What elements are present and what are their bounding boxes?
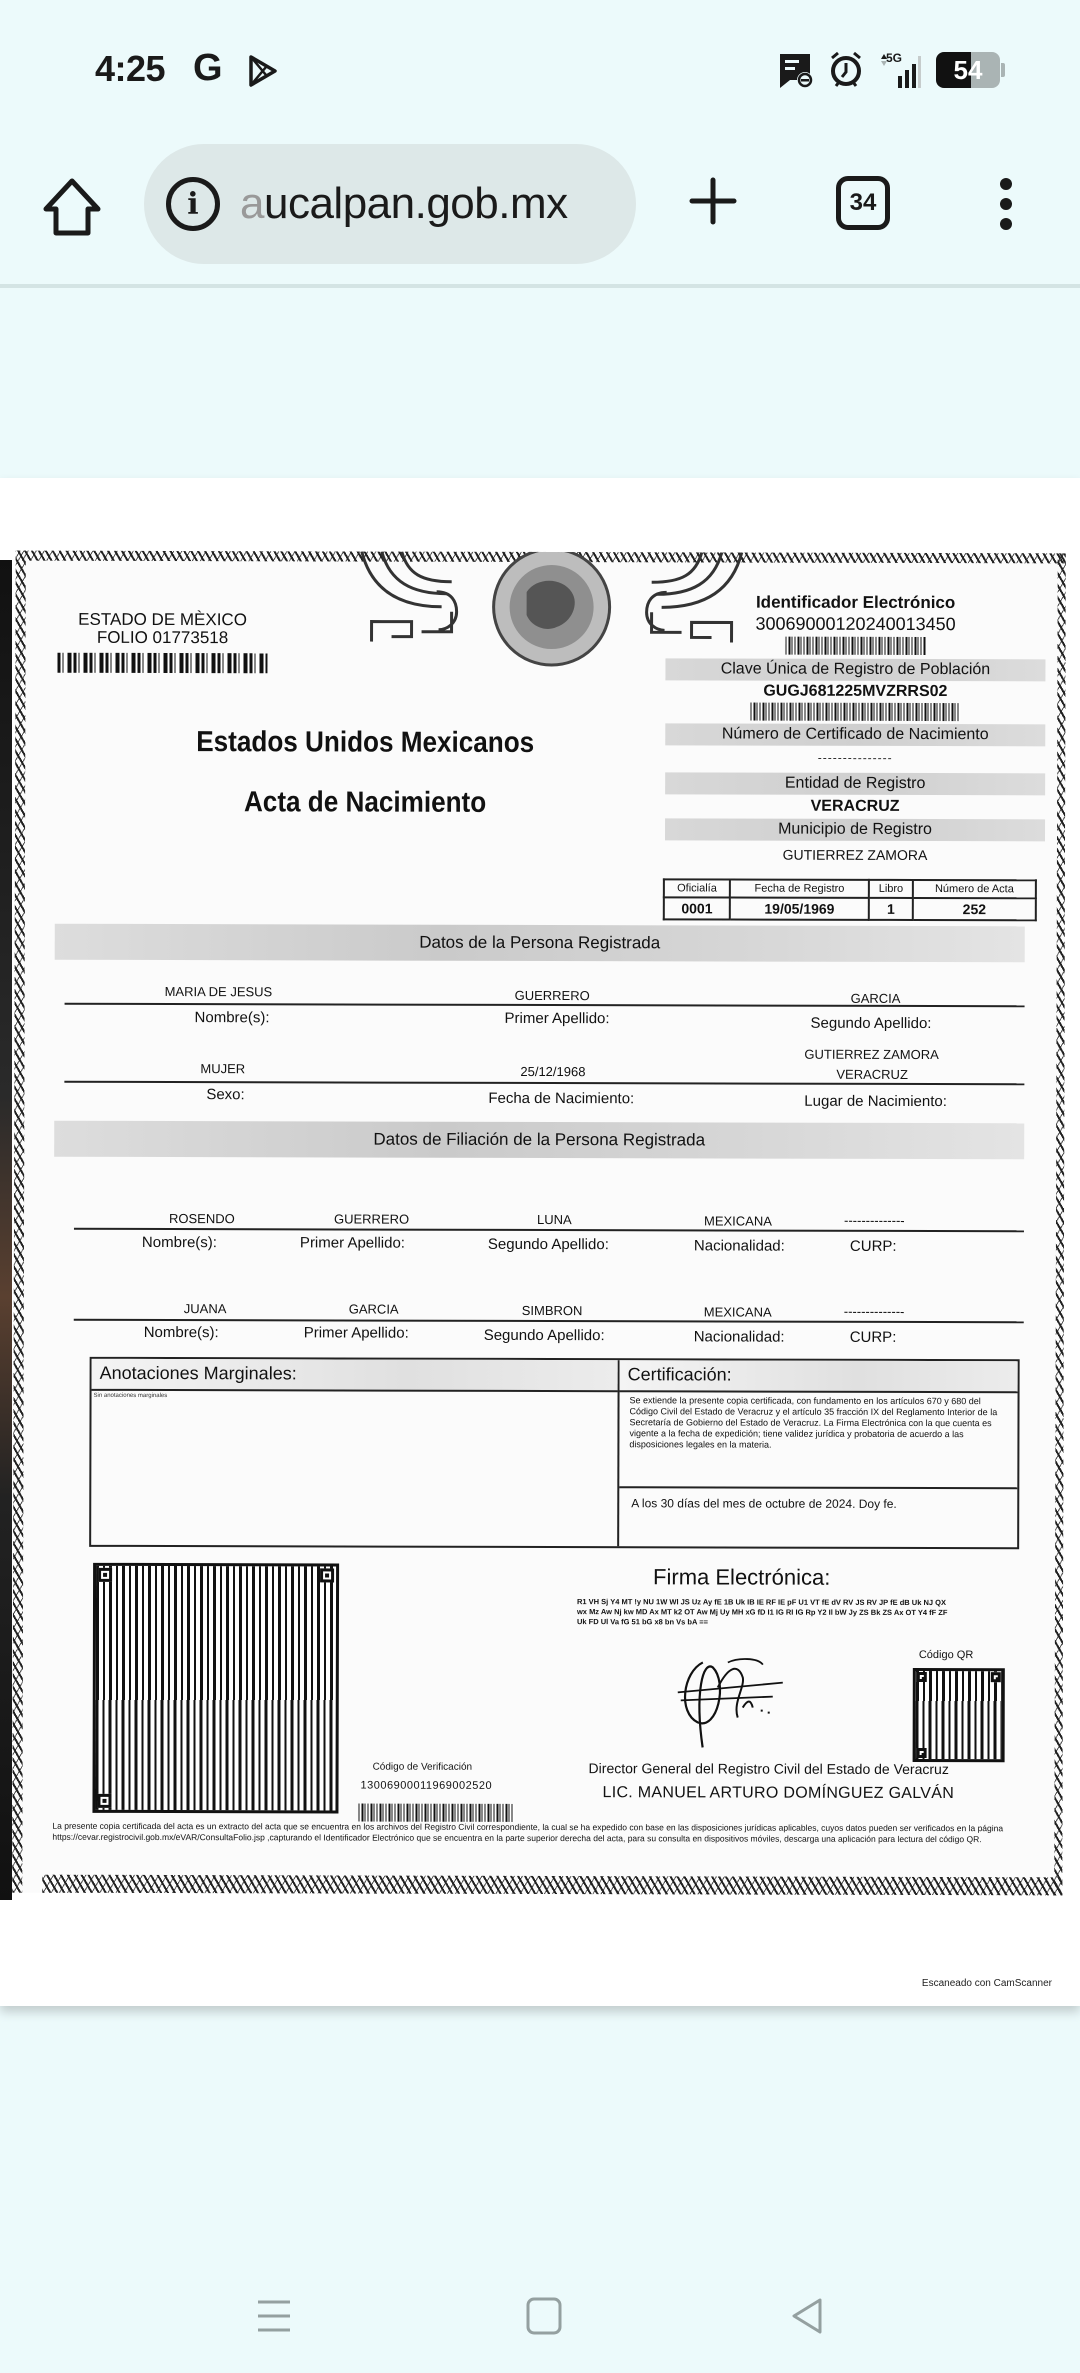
person-primer-apellido: GUERRERO xyxy=(515,988,590,1003)
label-nacionalidad: Nacionalidad: xyxy=(694,1328,785,1345)
electronic-id-label: Identificador Electrónico xyxy=(676,592,1036,613)
person-nombre: MARIA DE JESUS xyxy=(165,984,273,999)
rule xyxy=(74,1228,1024,1232)
registry-table: Oficialía Fecha de Registro Libro Número… xyxy=(663,878,1037,921)
label-primer-apellido: Primer Apellido: xyxy=(505,1010,610,1027)
border-ornament xyxy=(42,1875,1062,1896)
rule xyxy=(74,1319,1024,1323)
verification-qr-code xyxy=(92,1563,339,1814)
label-lugar-nacimiento: Lugar de Nacimiento: xyxy=(804,1093,947,1110)
scanner-watermark: Escaneado con CamScanner xyxy=(922,1978,1052,1989)
annotations-box: Anotaciones Marginales: Sin anotaciones … xyxy=(91,1359,619,1546)
municipality-label: Municipio de Registro xyxy=(665,818,1045,841)
registry-value: 0001 xyxy=(664,897,730,919)
birth-certificate: ESTADO DE MÈXICO FOLIO 01773518 Estados … xyxy=(12,551,1066,1896)
notification-muted-icon xyxy=(778,50,814,90)
label-nombre: Nombre(s): xyxy=(195,1009,270,1026)
electronic-signature-text: R1 VH Sj Y4 MT !y NU 1W Wl JS Uz Ay fE 1… xyxy=(577,1597,957,1628)
entity-label: Entidad de Registro xyxy=(665,772,1045,795)
cert-number: --------------- xyxy=(675,750,1035,765)
qr-label: Código QR xyxy=(919,1649,973,1661)
label-curp: CURP: xyxy=(850,1238,897,1255)
parent1-segundo-apellido: LUNA xyxy=(537,1212,572,1227)
registry-info: Identificador Electrónico 30069000120240… xyxy=(675,592,1036,863)
parent2-segundo-apellido: SIMBRON xyxy=(522,1303,583,1318)
qr-code xyxy=(913,1668,1005,1762)
state-header: ESTADO DE MÈXICO xyxy=(58,611,268,630)
parent1-nombre: ROSENDO xyxy=(169,1211,235,1226)
registry-value: 252 xyxy=(913,898,1036,920)
document-title: Acta de Nacimiento xyxy=(185,786,545,820)
annotations-text: Sin anotaciones marginales xyxy=(92,1391,618,1402)
scan-shadow-edge xyxy=(0,560,12,1900)
registry-header: Libro xyxy=(869,880,913,898)
person-lugar-estado: VERACRUZ xyxy=(836,1067,908,1082)
label-nombre: Nombre(s): xyxy=(144,1324,219,1341)
battery-level: 54 xyxy=(954,55,983,86)
parent1-primer-apellido: GUERRERO xyxy=(334,1211,409,1226)
parent2-primer-apellido: GARCIA xyxy=(349,1302,399,1317)
recent-apps-icon[interactable] xyxy=(254,2296,294,2336)
section-filiation: Datos de Filiación de la Persona Registr… xyxy=(54,1121,1024,1160)
parent2-curp: -------------- xyxy=(844,1304,905,1319)
signal-icon: 5G xyxy=(878,50,922,90)
electronic-signature-label: Firma Electrónica: xyxy=(653,1564,830,1590)
back-icon[interactable] xyxy=(788,2296,828,2336)
battery-icon: 54 xyxy=(936,52,1000,88)
new-tab-icon[interactable] xyxy=(688,176,738,226)
registry-value: 1 xyxy=(869,898,913,920)
site-info-icon[interactable]: i xyxy=(166,177,220,231)
label-primer-apellido: Primer Apellido: xyxy=(300,1234,405,1251)
status-bar: 4:25 G 5G 54 xyxy=(0,0,1080,140)
folio-block: ESTADO DE MÈXICO FOLIO 01773518 xyxy=(57,611,267,674)
electronic-id-barcode xyxy=(785,637,925,655)
verification-code: 13006900011969002520 xyxy=(361,1780,493,1792)
label-nacionalidad: Nacionalidad: xyxy=(694,1237,785,1254)
certification-box: Certificación: Se extiende la presente c… xyxy=(619,1360,1017,1547)
director-title: Director General del Registro Civil del … xyxy=(589,1760,949,1777)
play-store-icon xyxy=(248,55,278,87)
label-fecha-nacimiento: Fecha de Nacimiento: xyxy=(488,1090,634,1107)
annotations-label: Anotaciones Marginales: xyxy=(92,1359,618,1392)
registry-value: 19/05/1969 xyxy=(730,897,869,919)
browser-toolbar: i aucalpan.gob.mx 34 xyxy=(0,140,1080,288)
label-segundo-apellido: Segundo Apellido: xyxy=(811,1015,932,1032)
parent2-nombre: JUANA xyxy=(184,1301,227,1316)
curp-label: Clave Única de Registro de Población xyxy=(665,658,1045,681)
tab-switcher-button[interactable]: 34 xyxy=(836,176,890,230)
svg-text:5G: 5G xyxy=(886,51,902,65)
label-curp: CURP: xyxy=(850,1329,897,1346)
label-nombre: Nombre(s): xyxy=(142,1234,217,1251)
folio-number: FOLIO 01773518 xyxy=(58,629,268,648)
person-fecha-nacimiento: 25/12/1968 xyxy=(520,1064,585,1079)
entity-value: VERACRUZ xyxy=(675,797,1035,816)
person-segundo-apellido: GARCIA xyxy=(851,991,901,1006)
google-g-icon: G xyxy=(193,47,223,90)
registry-header: Número de Acta xyxy=(913,880,1036,898)
address-bar[interactable]: i aucalpan.gob.mx xyxy=(144,144,636,264)
parent1-nacionalidad: MEXICANA xyxy=(704,1213,772,1228)
clock: 4:25 xyxy=(95,48,165,90)
electronic-id: 30069000120240013450 xyxy=(676,613,1036,635)
registry-header: Oficialía xyxy=(664,879,730,897)
alarm-icon xyxy=(828,50,864,90)
registry-header: Fecha de Registro xyxy=(730,879,869,897)
signature-image xyxy=(673,1652,793,1752)
person-sexo: MUJER xyxy=(200,1061,245,1076)
curp-value: GUGJ681225MVZRRS02 xyxy=(675,682,1035,701)
legal-footer-note: La presente copia certificada del acta e… xyxy=(52,1821,1012,1846)
director-name: LIC. MANUEL ARTURO DOMÍNGUEZ GALVÁN xyxy=(602,1784,954,1803)
curp-barcode xyxy=(750,703,960,722)
country-title: Estados Unidos Mexicanos xyxy=(185,726,545,760)
tab-count: 34 xyxy=(850,189,877,217)
parent1-curp: -------------- xyxy=(844,1213,905,1228)
certification-date: A los 30 días del mes de octubre de 2024… xyxy=(619,1488,1017,1519)
border-ornament xyxy=(12,551,26,1893)
certification-text: Se extiende la presente copia certificad… xyxy=(619,1392,1017,1489)
section-registered-person: Datos de la Persona Registrada xyxy=(55,924,1025,963)
folio-barcode xyxy=(57,653,267,674)
label-primer-apellido: Primer Apellido: xyxy=(304,1324,409,1341)
label-segundo-apellido: Segundo Apellido: xyxy=(484,1327,605,1344)
person-lugar-municipio: GUTIERREZ ZAMORA xyxy=(804,1047,938,1062)
parent2-nacionalidad: MEXICANA xyxy=(704,1304,772,1319)
url-text[interactable]: aucalpan.gob.mx xyxy=(240,179,568,229)
home-icon[interactable] xyxy=(524,2296,564,2336)
verification-barcode xyxy=(358,1804,514,1822)
system-nav-bar xyxy=(0,2260,1080,2373)
home-icon[interactable] xyxy=(40,175,104,239)
cert-number-label: Número de Certificado de Nacimiento xyxy=(665,723,1045,746)
label-segundo-apellido: Segundo Apellido: xyxy=(488,1236,609,1253)
menu-icon[interactable] xyxy=(996,178,1016,232)
verification-code-label: Código de Verificación xyxy=(373,1762,473,1773)
label-sexo: Sexo: xyxy=(206,1086,244,1103)
annotations-certification-boxes: Anotaciones Marginales: Sin anotaciones … xyxy=(89,1357,1019,1549)
municipality-value: GUTIERREZ ZAMORA xyxy=(675,846,1035,863)
certification-label: Certificación: xyxy=(620,1360,1018,1393)
